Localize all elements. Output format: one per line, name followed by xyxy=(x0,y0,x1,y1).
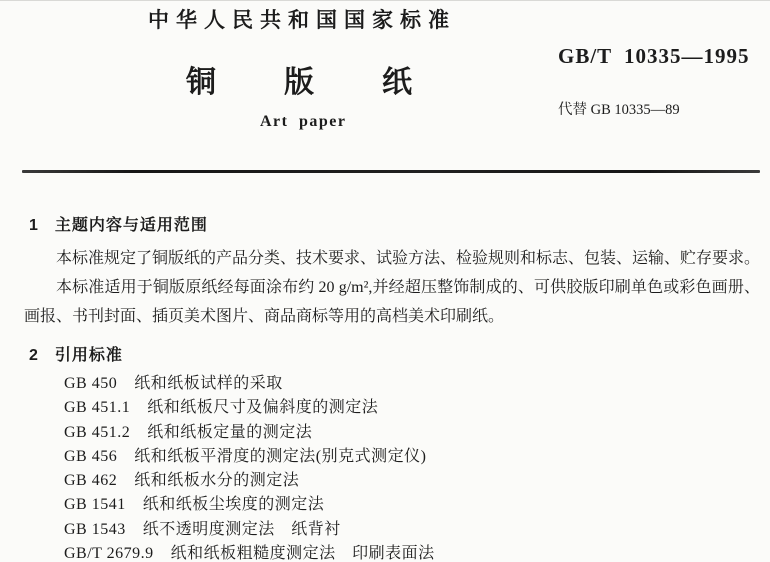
national-standard-header: 中华人民共和国国家标准 xyxy=(148,4,456,34)
reference-title: 纸和纸板试样的采取 xyxy=(134,372,283,396)
referenced-standards-list: GB 450 纸和纸板试样的采取 GB 451.1 纸和纸板尺寸及偏斜度的测定法… xyxy=(64,372,435,562)
reference-row: GB 450 纸和纸板试样的采取 xyxy=(64,372,435,396)
document-title-english: Art paper xyxy=(260,113,346,131)
reference-row: GB/T 2679.9 纸和纸板粗糙度测定法 印刷表面法 xyxy=(64,542,435,562)
reference-code: GB 462 xyxy=(64,469,117,493)
section-2-heading: 2引用标准 xyxy=(29,342,123,365)
reference-title: 纸和纸板水分的测定法 xyxy=(134,469,299,493)
reference-row: GB 1543 纸不透明度测定法 纸背衬 xyxy=(64,518,435,542)
reference-code: GB 451.2 xyxy=(64,421,130,445)
reference-title: 纸和纸板定量的测定法 xyxy=(147,421,312,445)
reference-row: GB 456 纸和纸板平滑度的测定法(别克式测定仪) xyxy=(64,445,435,469)
reference-title: 纸不透明度测定法 纸背衬 xyxy=(143,518,341,542)
reference-row: GB 451.2 纸和纸板定量的测定法 xyxy=(64,421,435,445)
reference-title: 纸和纸板尘埃度的测定法 xyxy=(143,493,325,517)
section-1-number: 1 xyxy=(29,217,38,234)
reference-title: 纸和纸板平滑度的测定法(别克式测定仪) xyxy=(134,445,426,469)
section-2-number: 2 xyxy=(29,347,38,364)
reference-row: GB 1541 纸和纸板尘埃度的测定法 xyxy=(64,493,435,517)
standard-code: GB/T 10335—1995 xyxy=(558,44,750,69)
section-2-heading-text: 引用标准 xyxy=(55,347,123,364)
reference-code: GB 450 xyxy=(64,372,117,396)
section-1-paragraph-1: 本标准规定了铜版纸的产品分类、技术要求、试验方法、检验规则和标志、包装、运输、贮… xyxy=(24,244,760,273)
reference-row: GB 462 纸和纸板水分的测定法 xyxy=(64,469,435,493)
reference-code: GB/T 2679.9 xyxy=(64,542,154,562)
reference-title: 纸和纸板粗糙度测定法 印刷表面法 xyxy=(171,542,435,562)
reference-code: GB 1541 xyxy=(64,493,126,517)
replaces-note: 代替 GB 10335—89 xyxy=(558,98,680,119)
section-1-paragraph-2: 本标准适用于铜版原纸经每面涂布约 20 g/m²,并经超压整饰制成的、可供胶版印… xyxy=(24,273,760,331)
header-divider-rule xyxy=(22,170,760,173)
reference-code: GB 451.1 xyxy=(64,396,130,420)
section-1-heading: 1主题内容与适用范围 xyxy=(29,212,208,235)
section-1-heading-text: 主题内容与适用范围 xyxy=(55,217,208,234)
document-title-chinese: 铜版纸 xyxy=(186,57,480,101)
standard-document-page: 中华人民共和国国家标准 GB/T 10335—1995 铜版纸 代替 GB 10… xyxy=(0,0,770,562)
reference-code: GB 456 xyxy=(64,445,117,469)
reference-code: GB 1543 xyxy=(64,518,126,542)
reference-row: GB 451.1 纸和纸板尺寸及偏斜度的测定法 xyxy=(64,396,435,420)
reference-title: 纸和纸板尺寸及偏斜度的测定法 xyxy=(147,396,378,420)
